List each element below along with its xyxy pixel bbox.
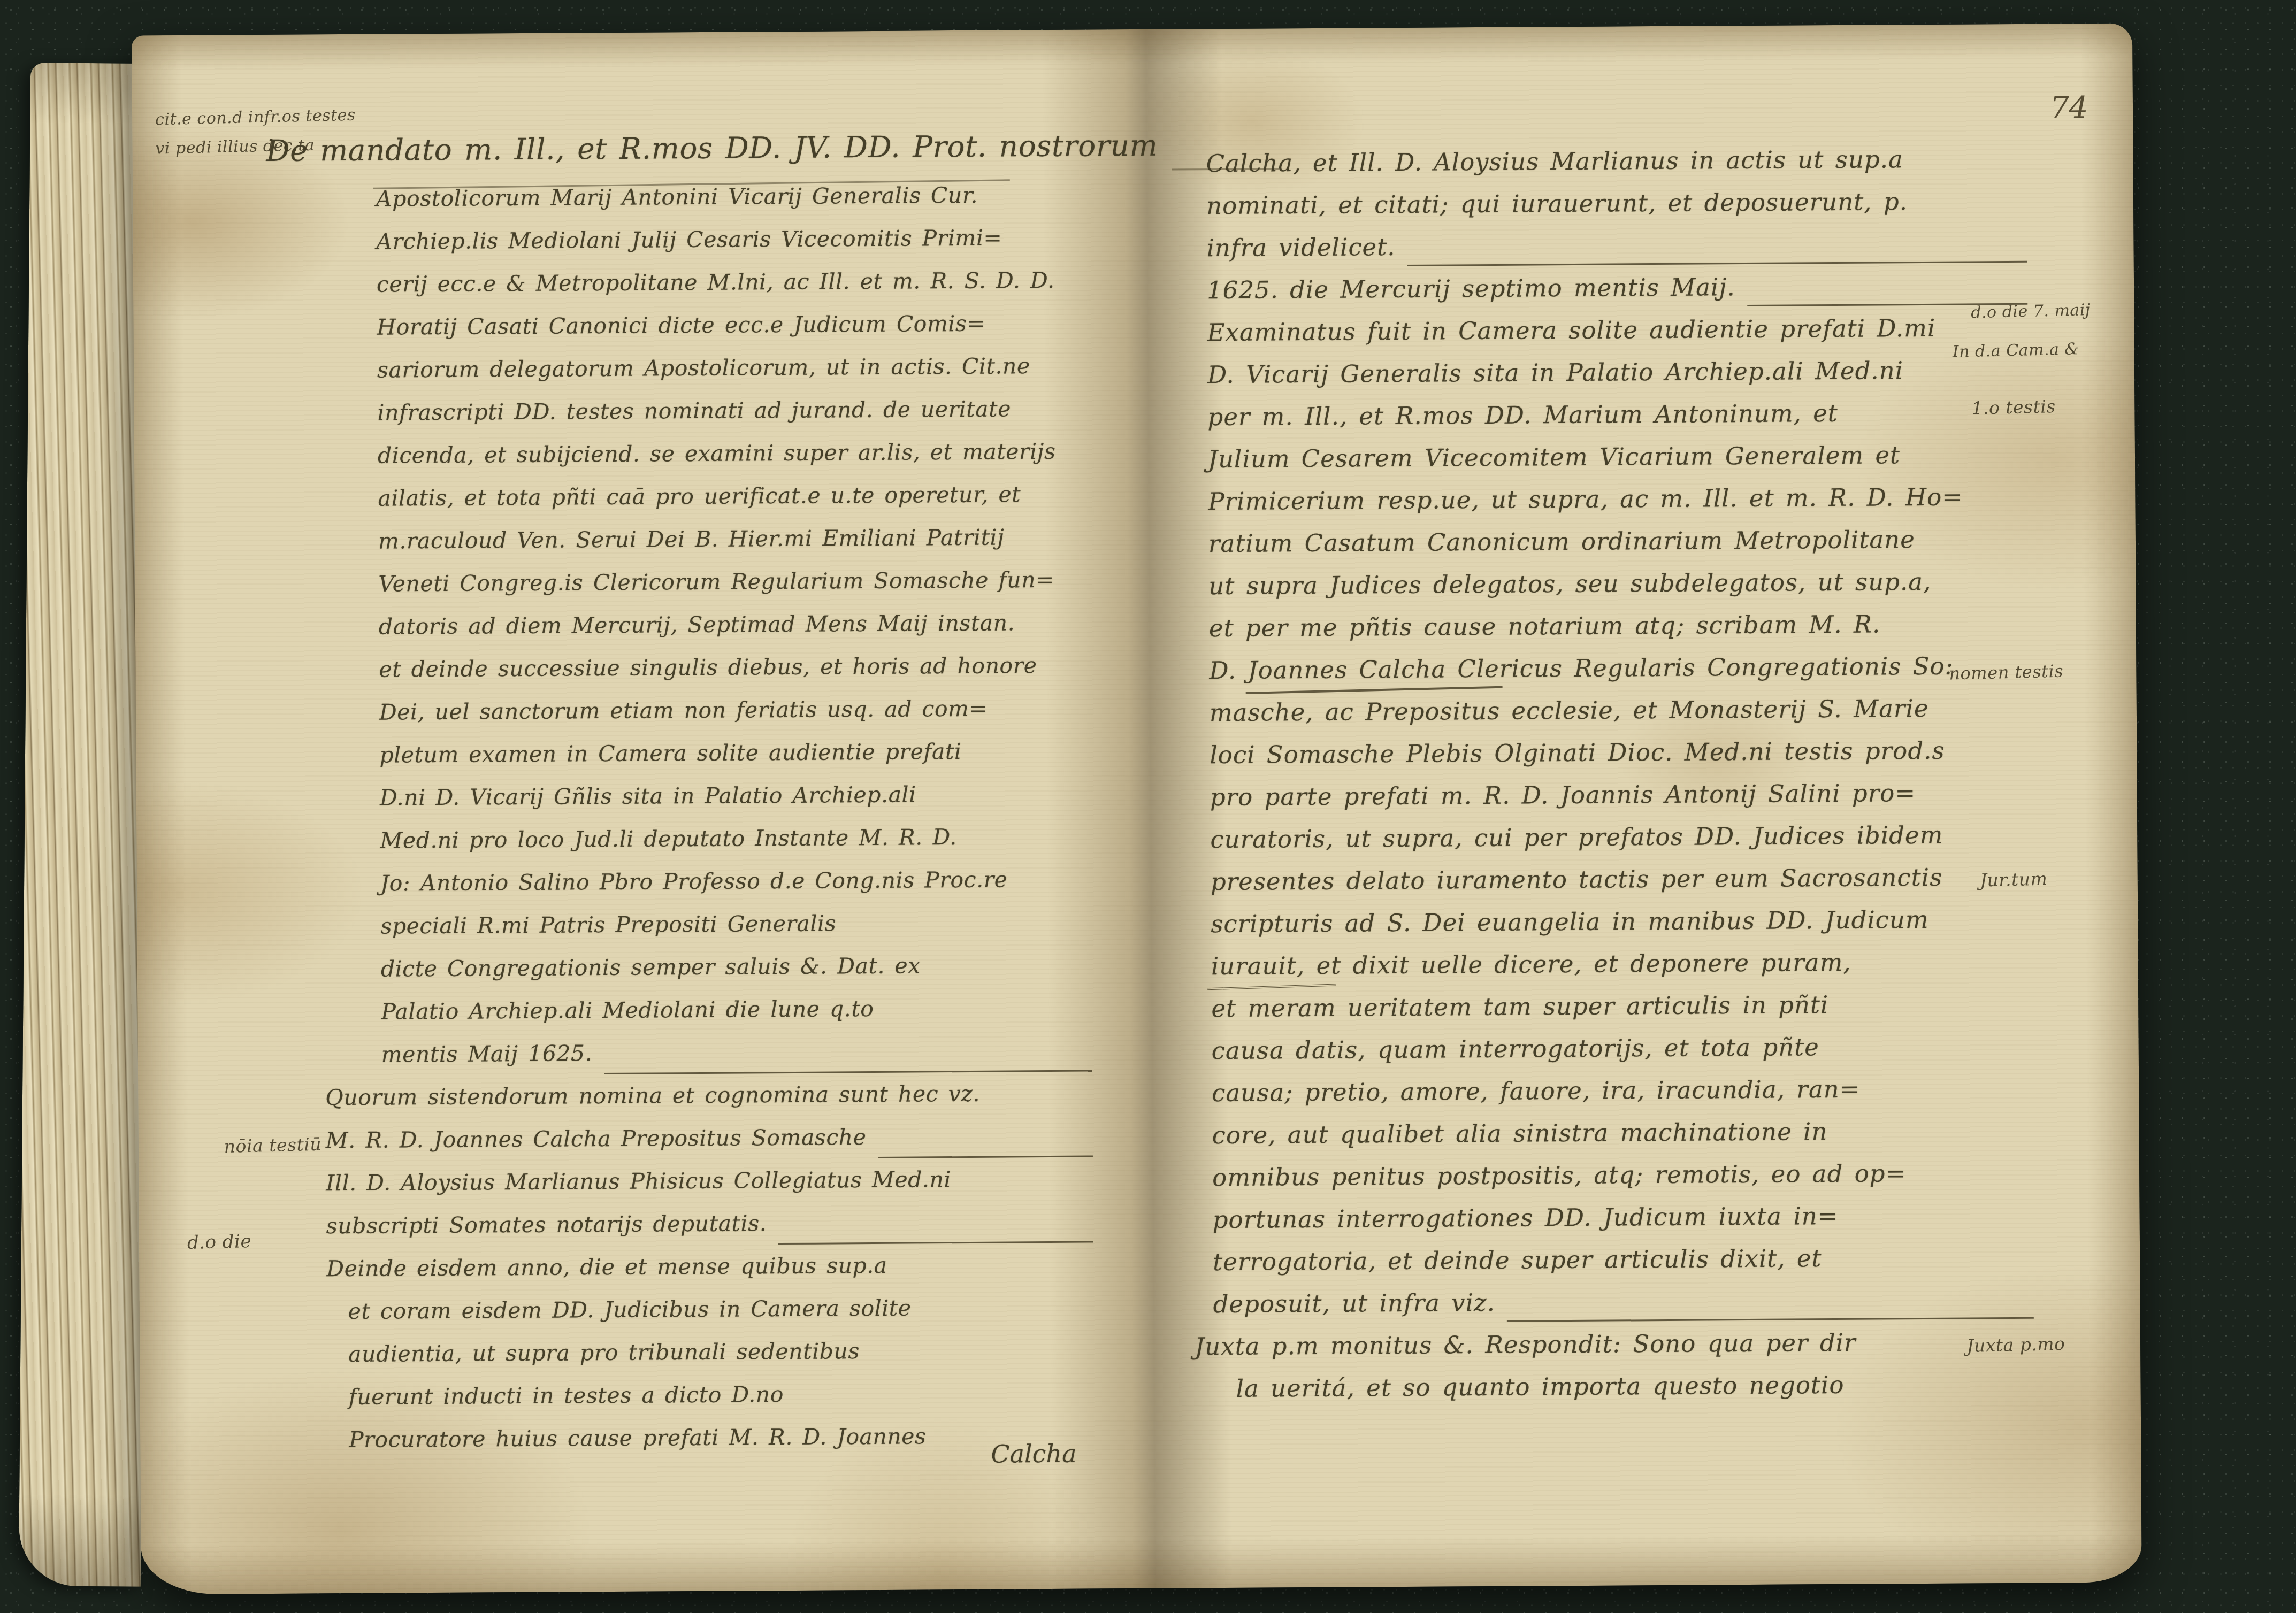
text-line: infra videlicet. bbox=[1206, 229, 2041, 276]
text-line: Calcha, et Ill. D. Aloysius Marlianus in… bbox=[1206, 144, 2040, 192]
text-line: 1625. die Mercurij septimo mentis Maij. bbox=[1207, 271, 2041, 319]
text-line: speciali R.mi Patris Prepositi Generalis bbox=[271, 909, 1105, 957]
text-line: scripturis ad S. Dei euangelia in manibu… bbox=[1211, 905, 2045, 953]
text-line: pro parte prefati m. R. D. Joannis Anton… bbox=[1210, 778, 2045, 826]
text-line: subscripti Somates notarijs deputatis. bbox=[273, 1208, 1107, 1256]
text-line: cerij ecc.e & Metropolitane M.lni, ac Il… bbox=[267, 267, 1101, 315]
margin-note-citation-line1: cit.e con.d infr.os testes bbox=[155, 106, 356, 129]
text-line: Horatij Casati Canonici dicte ecc.e Judi… bbox=[267, 310, 1101, 358]
text-line: la ueritá, et so quanto importa questo n… bbox=[1236, 1370, 2048, 1417]
text-line: causa datis, quam interrogatorijs, et to… bbox=[1212, 1032, 2046, 1079]
text-line: De mandato m. Ill., et R.mos DD. JV. DD.… bbox=[266, 128, 1101, 187]
text-line: Veneti Congreg.is Clericorum Regularium … bbox=[269, 566, 1103, 615]
text-line: mentis Maij 1625. bbox=[272, 1037, 1106, 1085]
text-line: datoris ad diem Mercurij, Septimad Mens … bbox=[269, 609, 1104, 657]
text-line: core, aut qualibet alia sinistra machina… bbox=[1212, 1116, 2047, 1164]
text-line: portunas interrogationes DD. Judicum iux… bbox=[1213, 1201, 2047, 1248]
text-line: Primicerium resp.ue, ut supra, ac m. Ill… bbox=[1208, 482, 2042, 530]
text-line: et coram eisdem DD. Judicibus in Camera … bbox=[273, 1294, 1108, 1342]
text-line: per m. Ill., et R.mos DD. Marium Antonin… bbox=[1207, 398, 2042, 446]
text-line: fuerunt inducti in testes a dicto D.no bbox=[274, 1379, 1108, 1427]
margin-note-dicto-die: d.o die bbox=[187, 1231, 251, 1254]
text-line: Quorum sistendorum nomina et cognomina s… bbox=[272, 1080, 1106, 1128]
margin-note-witness-name: nomen testis bbox=[1949, 661, 2064, 684]
text-line: pletum examen in Camera solite audientie… bbox=[270, 738, 1104, 786]
margin-note-oath: Jur.tum bbox=[1979, 869, 2047, 891]
text-line: Juxta p.m monitus &. Respondit: Sono qua… bbox=[1195, 1327, 2048, 1375]
text-line: Julium Cesarem Vicecomitem Vicarium Gene… bbox=[1208, 440, 2042, 488]
text-line: dicte Congregationis semper saluis &. Da… bbox=[271, 951, 1106, 1000]
page-edge-stack bbox=[19, 63, 152, 1587]
text-line: terrogatoria, et deinde super articulis … bbox=[1213, 1243, 2047, 1291]
text-line: sariorum delegatorum Apostolicorum, ut i… bbox=[267, 352, 1102, 401]
text-line: Archiep.lis Mediolani Julij Cesaris Vice… bbox=[266, 224, 1101, 272]
text-line: et per me pñtis cause notarium atq; scri… bbox=[1209, 609, 2044, 657]
text-line: Med.ni pro loco Jud.li deputato Instante… bbox=[270, 823, 1105, 871]
text-line: iurauit, et dixit uelle dicere, et depon… bbox=[1211, 947, 2046, 995]
text-line: audientia, ut supra pro tribunali sedent… bbox=[273, 1337, 1108, 1385]
text-line: D. Vicarij Generalis sita in Palatio Arc… bbox=[1207, 356, 2042, 403]
text-line: curatoris, ut supra, cui per prefatos DD… bbox=[1210, 820, 2045, 868]
text-line: Jo: Antonio Salino Pbro Professo d.e Con… bbox=[271, 866, 1105, 914]
open-book-spread: 74 cit.e con.d infr.os testes vi pedi il… bbox=[132, 24, 2142, 1595]
text-line: nominati, et citati; qui iurauerunt, et … bbox=[1206, 187, 2041, 234]
margin-note-date-line2: In d.a Cam.a & bbox=[1952, 340, 2079, 362]
right-page-text: Calcha, et Ill. D. Aloysius Marlianus in… bbox=[1206, 144, 2048, 1417]
text-line: deposuit, ut infra viz. bbox=[1213, 1285, 2047, 1333]
text-line: M. R. D. Joannes Calcha Prepositus Somas… bbox=[272, 1123, 1107, 1171]
text-line: presentes delato iuramento tactis per eu… bbox=[1211, 863, 2045, 910]
catchword: Calcha bbox=[991, 1439, 1076, 1469]
text-line: infrascripti DD. testes nominati ad jura… bbox=[267, 395, 1102, 443]
margin-note-first-witness: 1.o testis bbox=[1971, 396, 2056, 419]
manuscript-scan: 74 cit.e con.d infr.os testes vi pedi il… bbox=[0, 0, 2296, 1613]
text-line: et meram ueritatem tam super articulis i… bbox=[1211, 989, 2046, 1037]
text-line: et deinde successiue singulis diebus, et… bbox=[269, 652, 1104, 700]
text-line: Dei, uel sanctorum etiam non feriatis us… bbox=[270, 695, 1104, 743]
text-line: masche, ac Prepositus ecclesie, et Monas… bbox=[1210, 694, 2044, 741]
margin-note-date-line1: d.o die 7. maij bbox=[1971, 301, 2091, 322]
text-line: dicenda, et subijciend. se examini super… bbox=[268, 438, 1103, 486]
text-line: omnibus penitus postpositis, atq; remoti… bbox=[1212, 1158, 2047, 1206]
left-page-text: De mandato m. Ill., et R.mos DD. JV. DD.… bbox=[266, 128, 1108, 1470]
text-line: m.raculoud Ven. Serui Dei B. Hier.mi Emi… bbox=[269, 524, 1103, 572]
text-line: Ill. D. Aloysius Marlianus Phisicus Coll… bbox=[272, 1165, 1107, 1213]
margin-note-iuxta-primum: Juxta p.mo bbox=[1966, 1333, 2065, 1356]
text-line: Deinde eisdem anno, die et mense quibus … bbox=[273, 1251, 1107, 1299]
text-line: causa; pretio, amore, fauore, ira, iracu… bbox=[1212, 1074, 2046, 1122]
text-line: Procuratore huius cause prefati M. R. D.… bbox=[274, 1422, 1108, 1470]
text-line: D.ni D. Vicarij Gñlis sita in Palatio Ar… bbox=[270, 780, 1105, 828]
text-line: ailatis, et tota pñti caā pro uerificat.… bbox=[268, 481, 1103, 529]
text-line: Examinatus fuit in Camera solite audient… bbox=[1207, 313, 2041, 361]
text-line: loci Somasche Plebis Olginati Dioc. Med.… bbox=[1210, 736, 2044, 784]
text-line: ut supra Judices delegatos, seu subdeleg… bbox=[1208, 567, 2043, 615]
text-line: ratium Casatum Canonicum ordinarium Metr… bbox=[1208, 525, 2043, 572]
text-line: Palatio Archiep.ali Mediolani die lune q… bbox=[271, 994, 1106, 1042]
folio-number: 74 bbox=[2050, 90, 2088, 125]
